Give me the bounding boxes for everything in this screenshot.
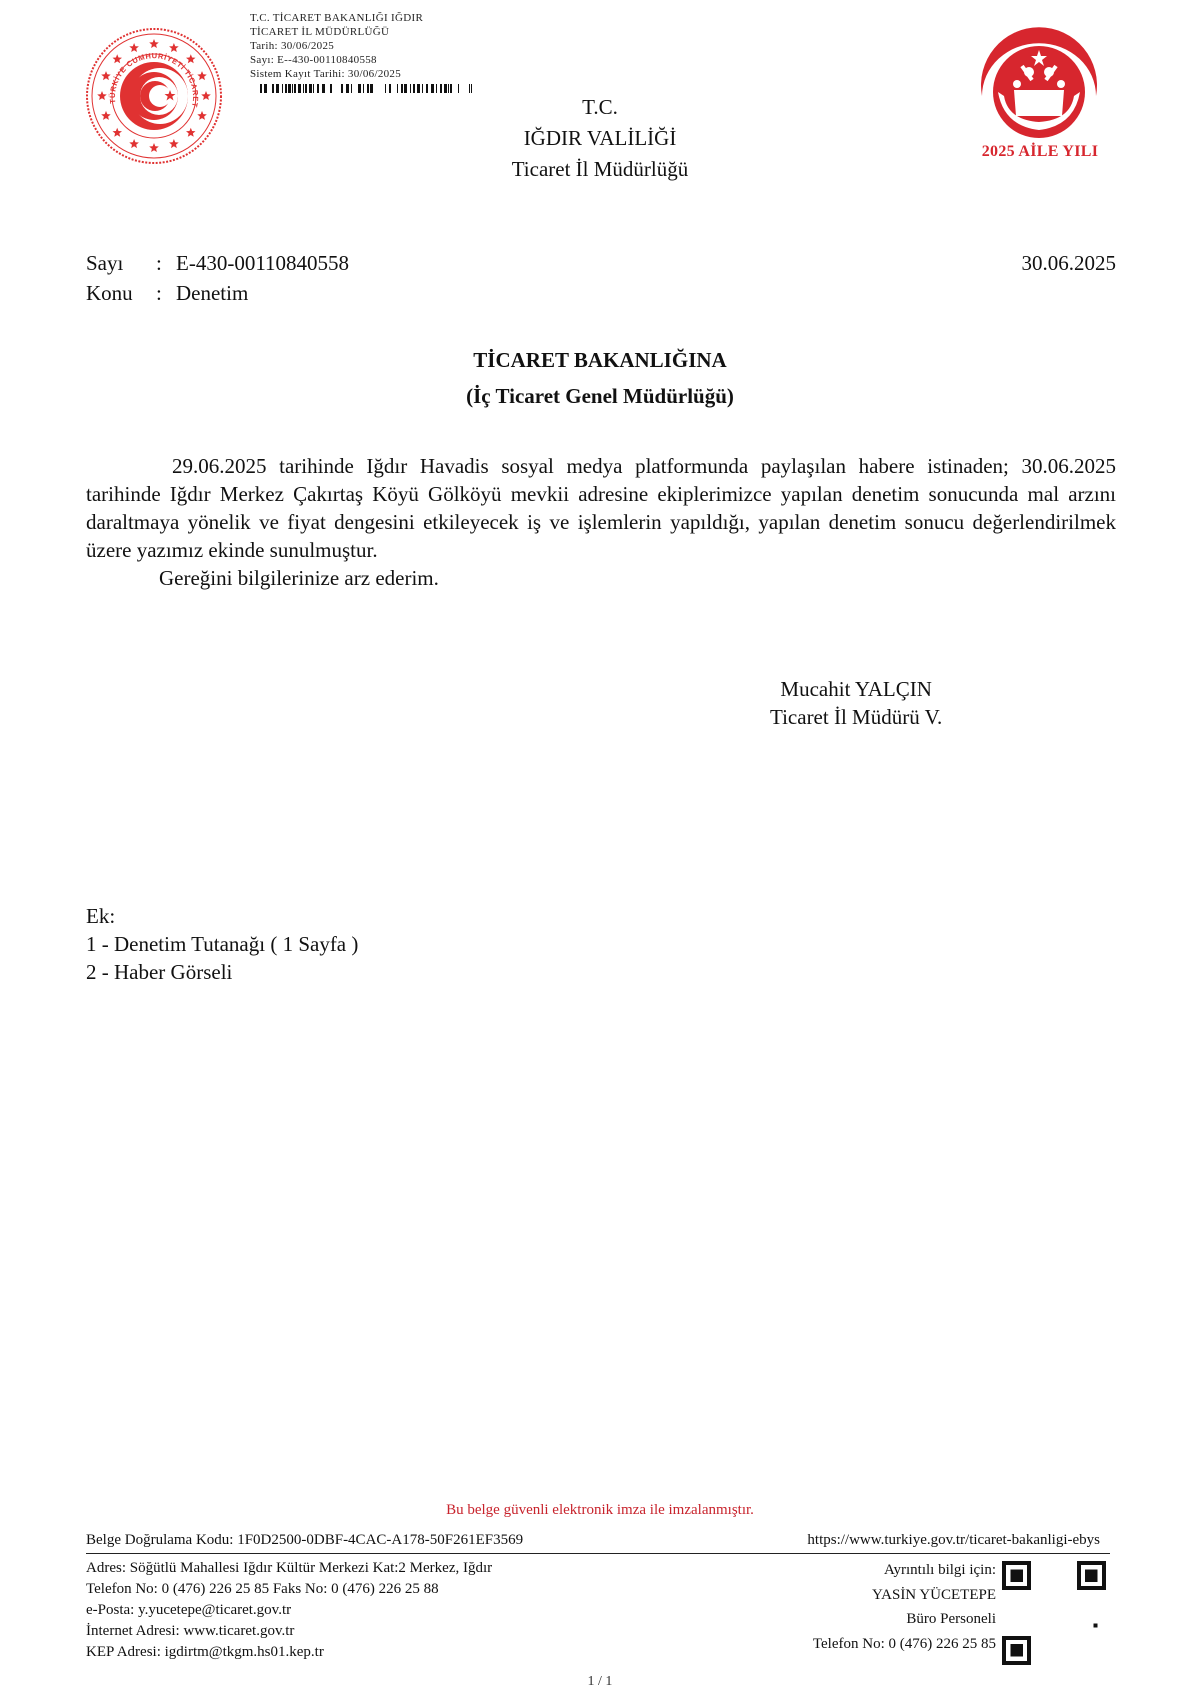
- stamp-line: T.C. TİCARET BAKANLIĞI IĞDIR: [250, 11, 472, 25]
- contact-phone: Telefon No: 0 (476) 226 25 85 Faks No: 0…: [86, 1579, 492, 1600]
- contact-info: Adres: Söğütlü Mahallesi Iğdır Kültür Me…: [86, 1558, 492, 1663]
- info-phone: Telefon No: 0 (476) 226 25 85: [813, 1632, 996, 1657]
- page-number: 1 / 1: [560, 1674, 640, 1690]
- addressee-ministry: TİCARET BAKANLIĞINA: [300, 342, 900, 378]
- stamp-line: TİCARET İL MÜDÜRLÜĞÜ: [250, 25, 472, 39]
- family-hands-icon: [974, 26, 1104, 146]
- contact-website-link[interactable]: İnternet Adresi: www.ticaret.gov.tr: [86, 1621, 492, 1642]
- addressee-department: (İç Ticaret Genel Müdürlüğü): [300, 378, 900, 414]
- closing-paragraph: Gereğini bilgilerinize arz ederim.: [86, 564, 1116, 592]
- family-year-logo: [974, 26, 1104, 162]
- info-name: YASİN YÜCETEPE: [813, 1583, 996, 1608]
- separator: :: [156, 278, 176, 308]
- contact-address: Adres: Söğütlü Mahallesi Iğdır Kültür Me…: [86, 1558, 492, 1579]
- konu-label: Konu: [86, 278, 156, 308]
- attachment-item: 1 - Denetim Tutanağı ( 1 Sayfa ): [86, 930, 358, 958]
- detail-contact: Ayrıntılı bilgi için: YASİN YÜCETEPE Bür…: [813, 1558, 996, 1656]
- registration-stamp: T.C. TİCARET BAKANLIĞI IĞDIR TİCARET İL …: [250, 11, 472, 97]
- family-year-label: 2025 AİLE YILI: [960, 143, 1120, 161]
- contact-email-link[interactable]: e-Posta: y.yucetepe@ticaret.gov.tr: [86, 1600, 492, 1621]
- signature-block: Mucahit YALÇIN Ticaret İl Müdürü V.: [770, 675, 942, 731]
- separator: :: [156, 248, 176, 278]
- document-date: 30.06.2025: [1022, 248, 1117, 278]
- body-paragraph: 29.06.2025 tarihinde Iğdır Havadis sosya…: [86, 452, 1116, 564]
- attachments: Ek: 1 - Denetim Tutanağı ( 1 Sayfa ) 2 -…: [86, 902, 358, 986]
- header-tc: T.C.: [400, 92, 800, 123]
- document-meta: Sayı : E-430-00110840558 Konu : Denetim: [86, 248, 349, 308]
- info-role: Büro Personeli: [813, 1607, 996, 1632]
- sayi-value: E-430-00110840558: [176, 248, 349, 278]
- attachment-item: 2 - Haber Görseli: [86, 958, 358, 986]
- addressee: TİCARET BAKANLIĞINA (İç Ticaret Genel Mü…: [300, 342, 900, 414]
- letter-body: 29.06.2025 tarihinde Iğdır Havadis sosya…: [86, 452, 1116, 592]
- header-directorate: Ticaret İl Müdürlüğü: [400, 154, 800, 185]
- ministry-seal-logo: TÜRKİYE CUMHURİYETİ TİCARET BAKANLIĞI: [84, 26, 224, 166]
- konu-value: Denetim: [176, 278, 248, 308]
- footer-divider: [86, 1553, 1110, 1554]
- info-label: Ayrıntılı bilgi için:: [813, 1558, 996, 1583]
- seal-icon: TÜRKİYE CUMHURİYETİ TİCARET BAKANLIĞI: [84, 26, 224, 166]
- konu-row: Konu : Denetim: [86, 278, 349, 308]
- signatory-name: Mucahit YALÇIN: [770, 675, 942, 703]
- sayi-label: Sayı: [86, 248, 156, 278]
- attachments-label: Ek:: [86, 902, 358, 930]
- header-governorship: IĞDIR VALİLİĞİ: [400, 123, 800, 154]
- sayi-row: Sayı : E-430-00110840558: [86, 248, 349, 278]
- document-header: T.C. IĞDIR VALİLİĞİ Ticaret İl Müdürlüğü: [400, 92, 800, 185]
- qr-code-icon: [1002, 1560, 1106, 1666]
- esign-notice: Bu belge güvenli elektronik imza ile imz…: [300, 1502, 900, 1519]
- stamp-number: Sayı: E--430-00110840558: [250, 53, 472, 67]
- stamp-system-date: Sistem Kayıt Tarihi: 30/06/2025: [250, 67, 472, 81]
- verification-url-link[interactable]: https://www.turkiye.gov.tr/ticaret-bakan…: [807, 1532, 1100, 1549]
- signatory-title: Ticaret İl Müdürü V.: [770, 703, 942, 731]
- contact-kep-link[interactable]: KEP Adresi: igdirtm@tkgm.hs01.kep.tr: [86, 1642, 492, 1663]
- stamp-date: Tarih: 30/06/2025: [250, 39, 472, 53]
- verification-code: Belge Doğrulama Kodu: 1F0D2500-0DBF-4CAC…: [86, 1532, 523, 1549]
